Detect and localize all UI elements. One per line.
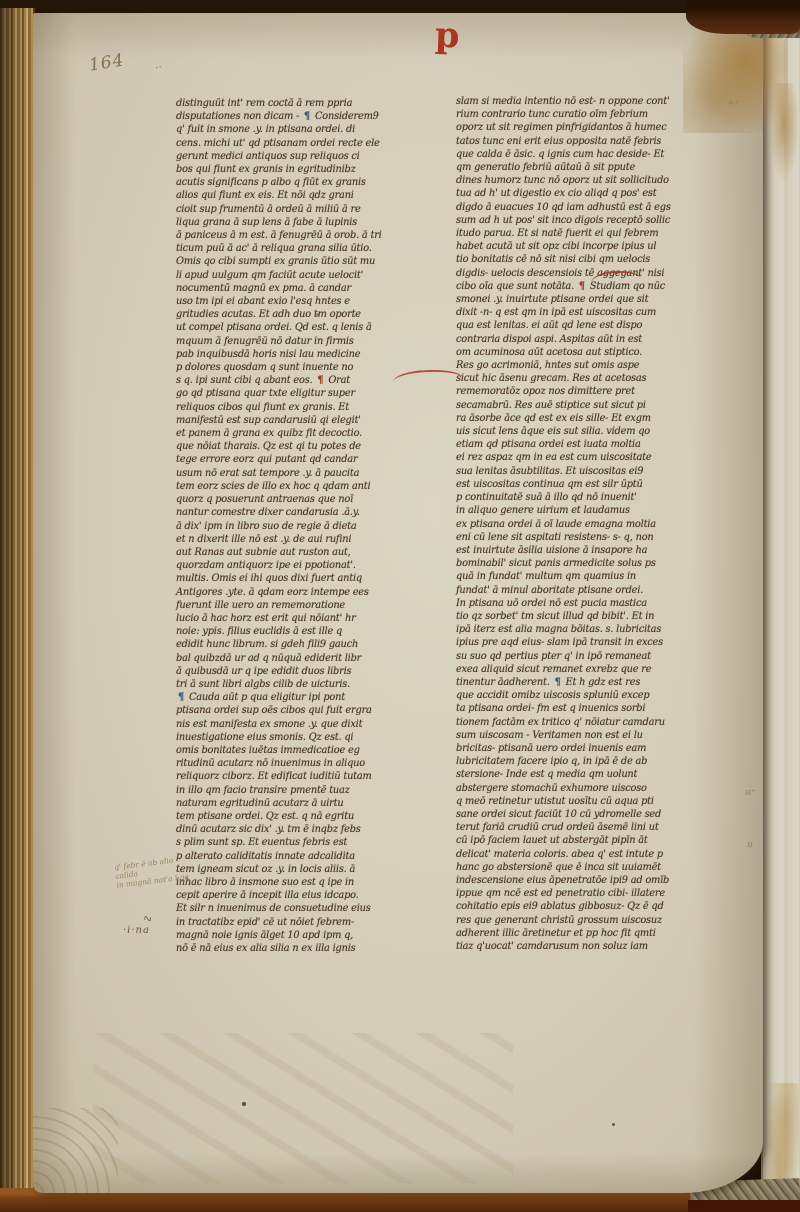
text-line: que accidit omibz uiscosis spluniū excep (456, 689, 756, 702)
text-line: fundat' ā minul aboritate ptisane ordei. (456, 584, 756, 597)
text-line: secamabrū. Res auē stiptice sut sicut pi (456, 399, 756, 412)
text-line: aut Ranas aut subnie aut ruston aut, (176, 546, 448, 559)
text-line: Omis qo cibi sumpti ex granis ūtio sūt m… (176, 255, 448, 268)
text-line: noie: ypis. filius euclidis ā est ille q (176, 625, 448, 638)
text-line: tem ptisane ordei. Qz est. q nā egritu (176, 810, 448, 823)
text-line: dinū acutarz sic dix' .y. tm ē inqbz feb… (176, 823, 448, 836)
text-line: ¶ Cauda aūt p qua eligitur ipi pont (176, 691, 448, 704)
marginal-squiggle: ∿ (142, 911, 154, 926)
text-line: ā quibusdā ur q ipe edidit duos libris (176, 665, 448, 678)
text-line: cū ipō faciem lauet ut abstergāt pipīn ā… (456, 834, 756, 847)
text-line: distinguūt int' rem coctā ā rem ppria (176, 97, 448, 110)
text-line: lubricitatem facere ipio q, in ipā ē de … (456, 755, 756, 768)
text-line: digdo ā euacues 10 qd iam adhustū est ā … (456, 201, 756, 214)
text-line: tio bonitatis cē nō sit nisi cibi qm uel… (456, 253, 756, 266)
text-line: abstergere stomachū exhumore uiscoso (456, 782, 756, 795)
text-line: rememoratōz opoz nos dimittere pret (456, 385, 756, 398)
text-line: slam si media intentio nō est- n oppone … (456, 95, 756, 108)
text-line: ut compel ptisana ordei. Qd est. q lenis… (176, 321, 448, 334)
text-line: itudo parua. Et si natē fuerit ei qui fe… (456, 227, 756, 240)
text-column-left: distinguūt int' rem coctā ā rem ppriadis… (176, 97, 448, 955)
page-corner-curls (33, 1108, 118, 1193)
text-line: acutis significans p albo q fiūt ex gran… (176, 176, 448, 189)
text-line: ra āsorbe āce qd est ex eis sille- Et ex… (456, 412, 756, 425)
text-line: Antigores .yte. ā qdam eorz intempe ees (176, 586, 448, 599)
margin-mark: ʜ (747, 840, 753, 850)
text-line: est inuirtute āsilia uisione ā insapore … (456, 544, 756, 557)
text-line: gerunt medici antiquos sup reliquos ci (176, 150, 448, 163)
text-line: in aliquo genere uirium et laudamus (456, 504, 756, 517)
text-line: su suo qd pertius pter q' in ipō remanea… (456, 650, 756, 663)
text-line: dines humorz tunc nō oporz ut sit sollic… (456, 174, 756, 187)
text-line: quorz q posuerunt antraenas que noī (176, 493, 448, 506)
blue-pilcrow-mark: ¶ (302, 111, 312, 122)
text-line: tua ad h' ut digestio ex cio aliqd q pos… (456, 187, 756, 200)
text-line: tatos tunc eni erit eius opposita natē f… (456, 135, 756, 148)
text-line: ex ptisana ordei ā oī laude emagna molti… (456, 518, 756, 531)
text-line: in tractatibz epid' cē ut nōiet febrem- (176, 916, 448, 929)
text-line: p alterato caliditatis innate adcalidita (176, 850, 448, 863)
stain (767, 1083, 799, 1193)
text-line: sane ordei sicut faciūt 10 cū ydromelle … (456, 808, 756, 821)
text-line: usum nō erat sat tempore .y. ā paucita (176, 467, 448, 480)
text-line: magnā noie ignis ālget 10 apd ipm q, (176, 929, 448, 942)
text-line: ticum puū ā ac' ā reliqua grana silia ūt… (176, 242, 448, 255)
text-line: om acuminosa aūt acetosa aut stiptico. (456, 346, 756, 359)
text-line: exea aliquid sicut remanet exrebz que re (456, 663, 756, 676)
page-edges-left (0, 8, 35, 1204)
text-line: reliquorz ciborz. Et edificat iuditiū tu… (176, 770, 448, 783)
text-line: qm generatio febriū aūtaū ā sit ppute (456, 161, 756, 174)
text-line: terut fariā crudiū crud ordeū āsemē lini… (456, 821, 756, 834)
text-line: smonei .y. inuirtute ptisane ordei que s… (456, 293, 756, 306)
text-line: nantur comestre dixer candarusia .ā.y. (176, 506, 448, 519)
folio-number: 164 (88, 50, 126, 75)
text-line: pab inquibusdā horis nisi lau medicine (176, 348, 448, 361)
text-line: alios qui fiunt ex eis. Et nōi qdz grani (176, 189, 448, 202)
text-line: quā in fundat' multum qm quamius in (456, 570, 756, 583)
ink-speck (242, 1102, 246, 1106)
text-line: Et silr n inuenimus de consuetudine eius (176, 902, 448, 915)
text-line: disputationes non dicam - ¶ Considerem9 (176, 110, 448, 123)
red-pilcrow-mark: ¶ (315, 375, 325, 386)
text-line: eni cū lene sit aspitati resistens- s- q… (456, 531, 756, 544)
ink-speck (612, 1123, 615, 1126)
text-line: inuestigatione eius smonis. Qz est. qi (176, 731, 448, 744)
text-line: hanc go abstersionē que ē inca sit uuiam… (456, 861, 756, 874)
text-line: indescensione eius āpenetratōe ipi9 ad o… (456, 874, 756, 887)
folio-mark: ·· (154, 60, 164, 74)
text-line: liqua grana ā sup lens ā fabe ā lupinis (176, 216, 448, 229)
text-line: nis est manifesta ex smone .y. que dixit (176, 718, 448, 731)
text-line: bal quibzdā ur ad q nūquā ediderit libr (176, 652, 448, 665)
red-pilcrow-mark: ¶ (577, 281, 587, 292)
text-line: in illo qm facio transire pmentē tuaz (176, 784, 448, 797)
text-line: ritudinū acutarz nō inuenimus in aliquo (176, 757, 448, 770)
running-title: p (434, 15, 460, 57)
text-line: q meō retinetur utistut uosītu cū aqua p… (456, 795, 756, 808)
text-line: ā dix' ipm in libro suo de regie ā dieta (176, 520, 448, 533)
text-line: cepit aperire ā incepit illa eius idcapo… (176, 889, 448, 902)
text-line: que nōiat tharais. Qz est qi tu potes de (176, 440, 448, 453)
text-line: ptisana ordei sup oēs cibos qui fuit erg… (176, 704, 448, 717)
text-line: et n dixerit ille nō est .y. de aui rufi… (176, 533, 448, 546)
text-line: mquum ā fenugrēū nō datur in firmis (176, 335, 448, 348)
text-line: tem igneam sicut oz .y. in locis aliis. … (176, 863, 448, 876)
text-line: etiam qd ptisana ordei est iuata moltia (456, 438, 756, 451)
text-line: In ptisana uō ordei nō est pucia mastica (456, 597, 756, 610)
text-line: cens. michi ut' qd ptisanam ordei recte … (176, 137, 448, 150)
text-line: tri ā sunt libri algbs cilib de uicturis… (176, 678, 448, 691)
text-line: quorzdam antiquorz ipe ei ppotionat'. (176, 559, 448, 572)
text-line: res que generant christū grossum uiscosu… (456, 914, 756, 927)
text-line: tem eorz scies de illo ex hoc q qdam ant… (176, 480, 448, 493)
text-line: gritudies acutas. Et adh duo tm oporte (176, 308, 448, 321)
text-line: lucio ā hac horz est erit qui nōiant' hr (176, 612, 448, 625)
text-line: contraria dispoi aspi. Aspitas aūt in es… (456, 333, 756, 346)
text-line: bominabil' sicut panis armedicite solus … (456, 557, 756, 570)
text-line: tege errore eorz qui putant qd candar (176, 453, 448, 466)
margin-mark: ʜ⁺ (745, 788, 756, 798)
stain (93, 1033, 513, 1183)
text-line: p continuitatē suā ā illo qd nō inuenit' (456, 491, 756, 504)
text-line: et panem ā grana ex quibz fit decoctio. (176, 427, 448, 440)
text-line: sum uiscosam - Veritamen non est ei lu (456, 729, 756, 742)
text-line: naturam egritudinū acutarz ā uirtu (176, 797, 448, 810)
text-line: li apud uulgum qm faciūt acute uelocit' (176, 269, 448, 282)
blue-pilcrow-mark: ¶ (553, 677, 563, 688)
marginal-note-short: ·i·na (123, 925, 150, 936)
manuscript-page: 164 ·· p distinguūt int' rem coctā ā rem… (33, 13, 763, 1193)
text-line: manifestū est sup candarusiū qi elegit' (176, 414, 448, 427)
leather-binding-top-right (686, 0, 800, 34)
text-line: qua est lenitas. ei aūt qd lene est disp… (456, 319, 756, 332)
text-line: sum ad h ut pos' sit inco digois receptō… (456, 214, 756, 227)
text-line: nocumentū magnū ex pma. ā candar (176, 282, 448, 295)
text-line: cohitatio epis ei9 ablatus gibbosuz- Qz … (456, 900, 756, 913)
text-line: cioit sup frumentū ā ordeū ā miliū ā re (176, 203, 448, 216)
text-line: delicat' materia coloris. abea q' est in… (456, 848, 756, 861)
text-line: ipā iterz est alia magna bōitas. s. lubr… (456, 623, 756, 636)
text-line: dixit -n- q est qm in ipā est uiscositas… (456, 306, 756, 319)
text-line: uso tm ipi ei abant exio l'esq hntes e (176, 295, 448, 308)
text-line: ā paniceus ā m est. ā fenugrēū ā orob. ā… (176, 229, 448, 242)
text-line: bricitas- ptisanā uero ordei inuenis eam (456, 742, 756, 755)
text-line: fuerunt ille uero an rememoratione (176, 599, 448, 612)
text-line: Res go acrimoniā, hntes sut omis aspe (456, 359, 756, 372)
text-line: tinentur āadherent. ¶ Et h gdz est res (456, 676, 756, 689)
text-line: ippue qm ncē est ed penetratio cibi- ill… (456, 887, 756, 900)
text-line: que calda ē āsic. q ignis cum hac deside… (456, 148, 756, 161)
text-line: tionem factām ex tritico q' nōiatur camd… (456, 716, 756, 729)
text-line: habet acutā ut sit opz cibi incorpe ipiu… (456, 240, 756, 253)
text-line: stersione- Inde est q media qm uolunt (456, 768, 756, 781)
facing-page-edge (761, 13, 800, 1198)
blue-pilcrow-mark: ¶ (176, 692, 186, 703)
text-column-right: slam si media intentio nō est- n oppone … (456, 95, 756, 953)
text-line: sua lenitas āsubtilitas. Et uiscositas e… (456, 465, 756, 478)
binding-leather-bottom-right (688, 1200, 800, 1212)
text-line: adherent illic āretinetur et pp hoc fit … (456, 927, 756, 940)
margin-mark: +˟ (726, 97, 739, 110)
text-line: omis bonitates iuētas immedicatioe eg (176, 744, 448, 757)
text-line: ipius pre aqd eius- slam ipā transit in … (456, 636, 756, 649)
text-line: nō ē nā eius ex alia silia n ex illa ign… (176, 942, 448, 955)
text-line: ta ptisana ordei- fm est q inuenics sorb… (456, 702, 756, 715)
manuscript-photo: 164 ·· p distinguūt int' rem coctā ā rem… (0, 0, 800, 1212)
text-line: tio qz sorbet' tm sicut illud qd bibit'.… (456, 610, 756, 623)
text-line: inhac libro ā insmone suo est q ipe in (176, 876, 448, 889)
text-line: uis sicut lens āque eis sut silia. videm… (456, 425, 756, 438)
text-line: s plim sunt sp. Et euentus febris est (176, 836, 448, 849)
text-line: edidit hunc librum. si gdeh fili9 gauch (176, 638, 448, 651)
text-line: rium contrario tunc curatio oīm febrium (456, 108, 756, 121)
text-line: q' fuit in smone .y. in ptisana ordei. d… (176, 123, 448, 136)
text-line: reliquos cibos qui fiunt ex granis. Et (176, 401, 448, 414)
text-line: sicut hic āsenu grecam. Res at acetosas (456, 372, 756, 385)
text-line: oporz ut sit regimen pinfrigidantos ā hu… (456, 121, 756, 134)
text-line: multis. Omis ei ihi quos dixi fuert anti… (176, 572, 448, 585)
text-line: ei rez aspaz qm in ea est cum uiscositat… (456, 451, 756, 464)
text-line: tiaz q'uocat' camdarusum non soluz iam (456, 940, 756, 953)
text-line: est uiscositas continua qm est silr ūptū (456, 478, 756, 491)
text-line: bos qui fiunt ex granis in egritudinibz (176, 163, 448, 176)
text-line: go qd ptisana quar txte eligitur super (176, 387, 448, 400)
